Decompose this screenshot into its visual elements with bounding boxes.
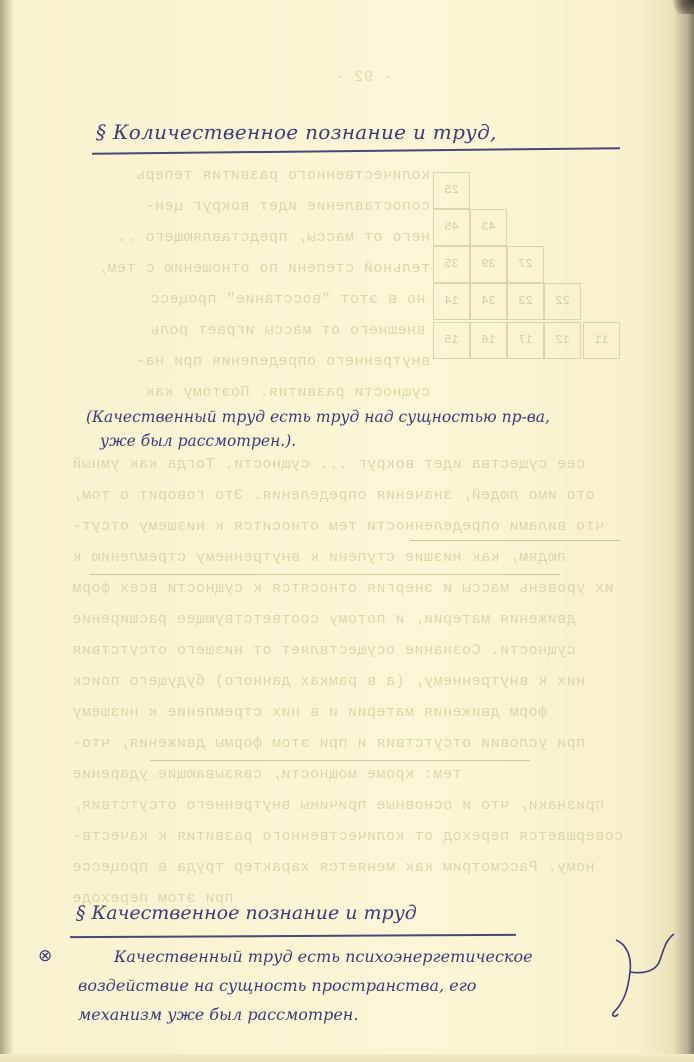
note-line: механизм уже был рассмотрен. xyxy=(78,1000,533,1029)
note-line: Качественный труд есть психоэнергетическ… xyxy=(78,942,533,971)
table-cell: 22 xyxy=(544,283,581,320)
bleed-underline xyxy=(410,540,620,541)
heading-underline-top xyxy=(92,147,620,155)
note-line: (Качественный труд есть труд над сущност… xyxy=(86,405,550,429)
page-bottom-edge xyxy=(0,1054,694,1062)
bleed-line: но в этот "восстание" процесс xyxy=(150,284,430,315)
bleed-line: ото имо людей, значения определения. Это… xyxy=(72,480,632,511)
table-cell: 23 xyxy=(507,283,544,320)
bleed-text-block-upper: количественного развития теперь сопостав… xyxy=(150,160,430,408)
bleed-underline xyxy=(90,574,560,575)
bleed-line: количественного развития теперь xyxy=(150,160,430,191)
bleed-line: ному. Рассмотрим как меняется характер т… xyxy=(72,852,632,883)
bleed-line: движения материи, и потому соответствующ… xyxy=(72,604,632,635)
bleed-line: внутреннего определения при на- xyxy=(150,346,430,377)
bleed-underline xyxy=(150,760,530,761)
handwritten-note-bottom: Качественный труд есть психоэнергетическ… xyxy=(78,942,533,1029)
table-cell: 12 xyxy=(544,322,581,359)
page-corner-shadow xyxy=(668,0,694,14)
table-cell: 15 xyxy=(433,322,470,359)
bleed-line: при условии отсутствия и при этом формы … xyxy=(72,728,632,759)
table-cell: 45 xyxy=(433,209,470,246)
bleed-line: сее существа идет вокруг ... сущности. Т… xyxy=(72,449,632,480)
bleed-line: форм движения материи и в них стремление… xyxy=(72,697,632,728)
bleed-line: него от массы, представляющего ... xyxy=(150,222,430,253)
table-cell: 34 xyxy=(470,283,507,320)
bleed-text-block-main: сее существа идет вокруг ... сущности. Т… xyxy=(72,418,632,914)
table-cell: 43 xyxy=(470,209,507,246)
handwritten-heading-top: § Количественное познание и труд, xyxy=(96,120,497,144)
table-cell: 16 xyxy=(470,322,507,359)
note-line: воздействие на сущность пространства, ег… xyxy=(78,971,533,1000)
table-cell: 27 xyxy=(507,246,544,283)
bleed-table: 25 45 43 35 39 27 14 34 23 22 15 16 17 1… xyxy=(433,172,629,362)
handwritten-heading-bottom: § Качественное познание и труд xyxy=(76,902,417,924)
bleed-line: тельной степени по отношению с тем, xyxy=(150,253,430,284)
bleed-line: их уровень массы и энергия относятся к с… xyxy=(72,573,632,604)
bleed-line: людям, как низшие ступени к внутреннему … xyxy=(72,542,632,573)
crossed-circle-icon: ⊗ xyxy=(38,946,52,966)
bleed-line: сущности развития. Поэтому как xyxy=(150,377,430,408)
note-line: уже был рассмотрен.). xyxy=(86,429,550,453)
bleed-line: что вилами определенности тем относится … xyxy=(72,511,632,542)
heading-underline-bottom xyxy=(70,934,516,938)
bleed-line: совершается переход от количественного р… xyxy=(72,821,632,852)
handwritten-note-middle: (Качественный труд есть труд над сущност… xyxy=(86,405,550,453)
bleed-line: внешнего от массы играет роль xyxy=(150,315,430,346)
bleed-line: сущности. Сознание осуществляет от низше… xyxy=(72,635,632,666)
table-cell: 35 xyxy=(433,246,470,283)
bleed-page-number: - 92 - xyxy=(335,68,393,86)
bleed-line: них к внутреннему, (а в рамках данного) … xyxy=(72,666,632,697)
table-cell: 17 xyxy=(507,322,544,359)
bleed-line: тем: кроме мощности, связывающие ударени… xyxy=(72,759,632,790)
table-cell: 14 xyxy=(433,283,470,320)
table-cell: 25 xyxy=(433,172,470,209)
table-cell: 39 xyxy=(470,246,507,283)
curly-brace-icon xyxy=(612,932,692,1022)
bleed-line: признаки, что и основные причины внутрен… xyxy=(72,790,632,821)
document-page: - 92 - количественного развития теперь с… xyxy=(0,0,694,1062)
bleed-line: сопоставление идет вокруг цен- xyxy=(150,191,430,222)
table-cell: 11 xyxy=(583,322,620,359)
